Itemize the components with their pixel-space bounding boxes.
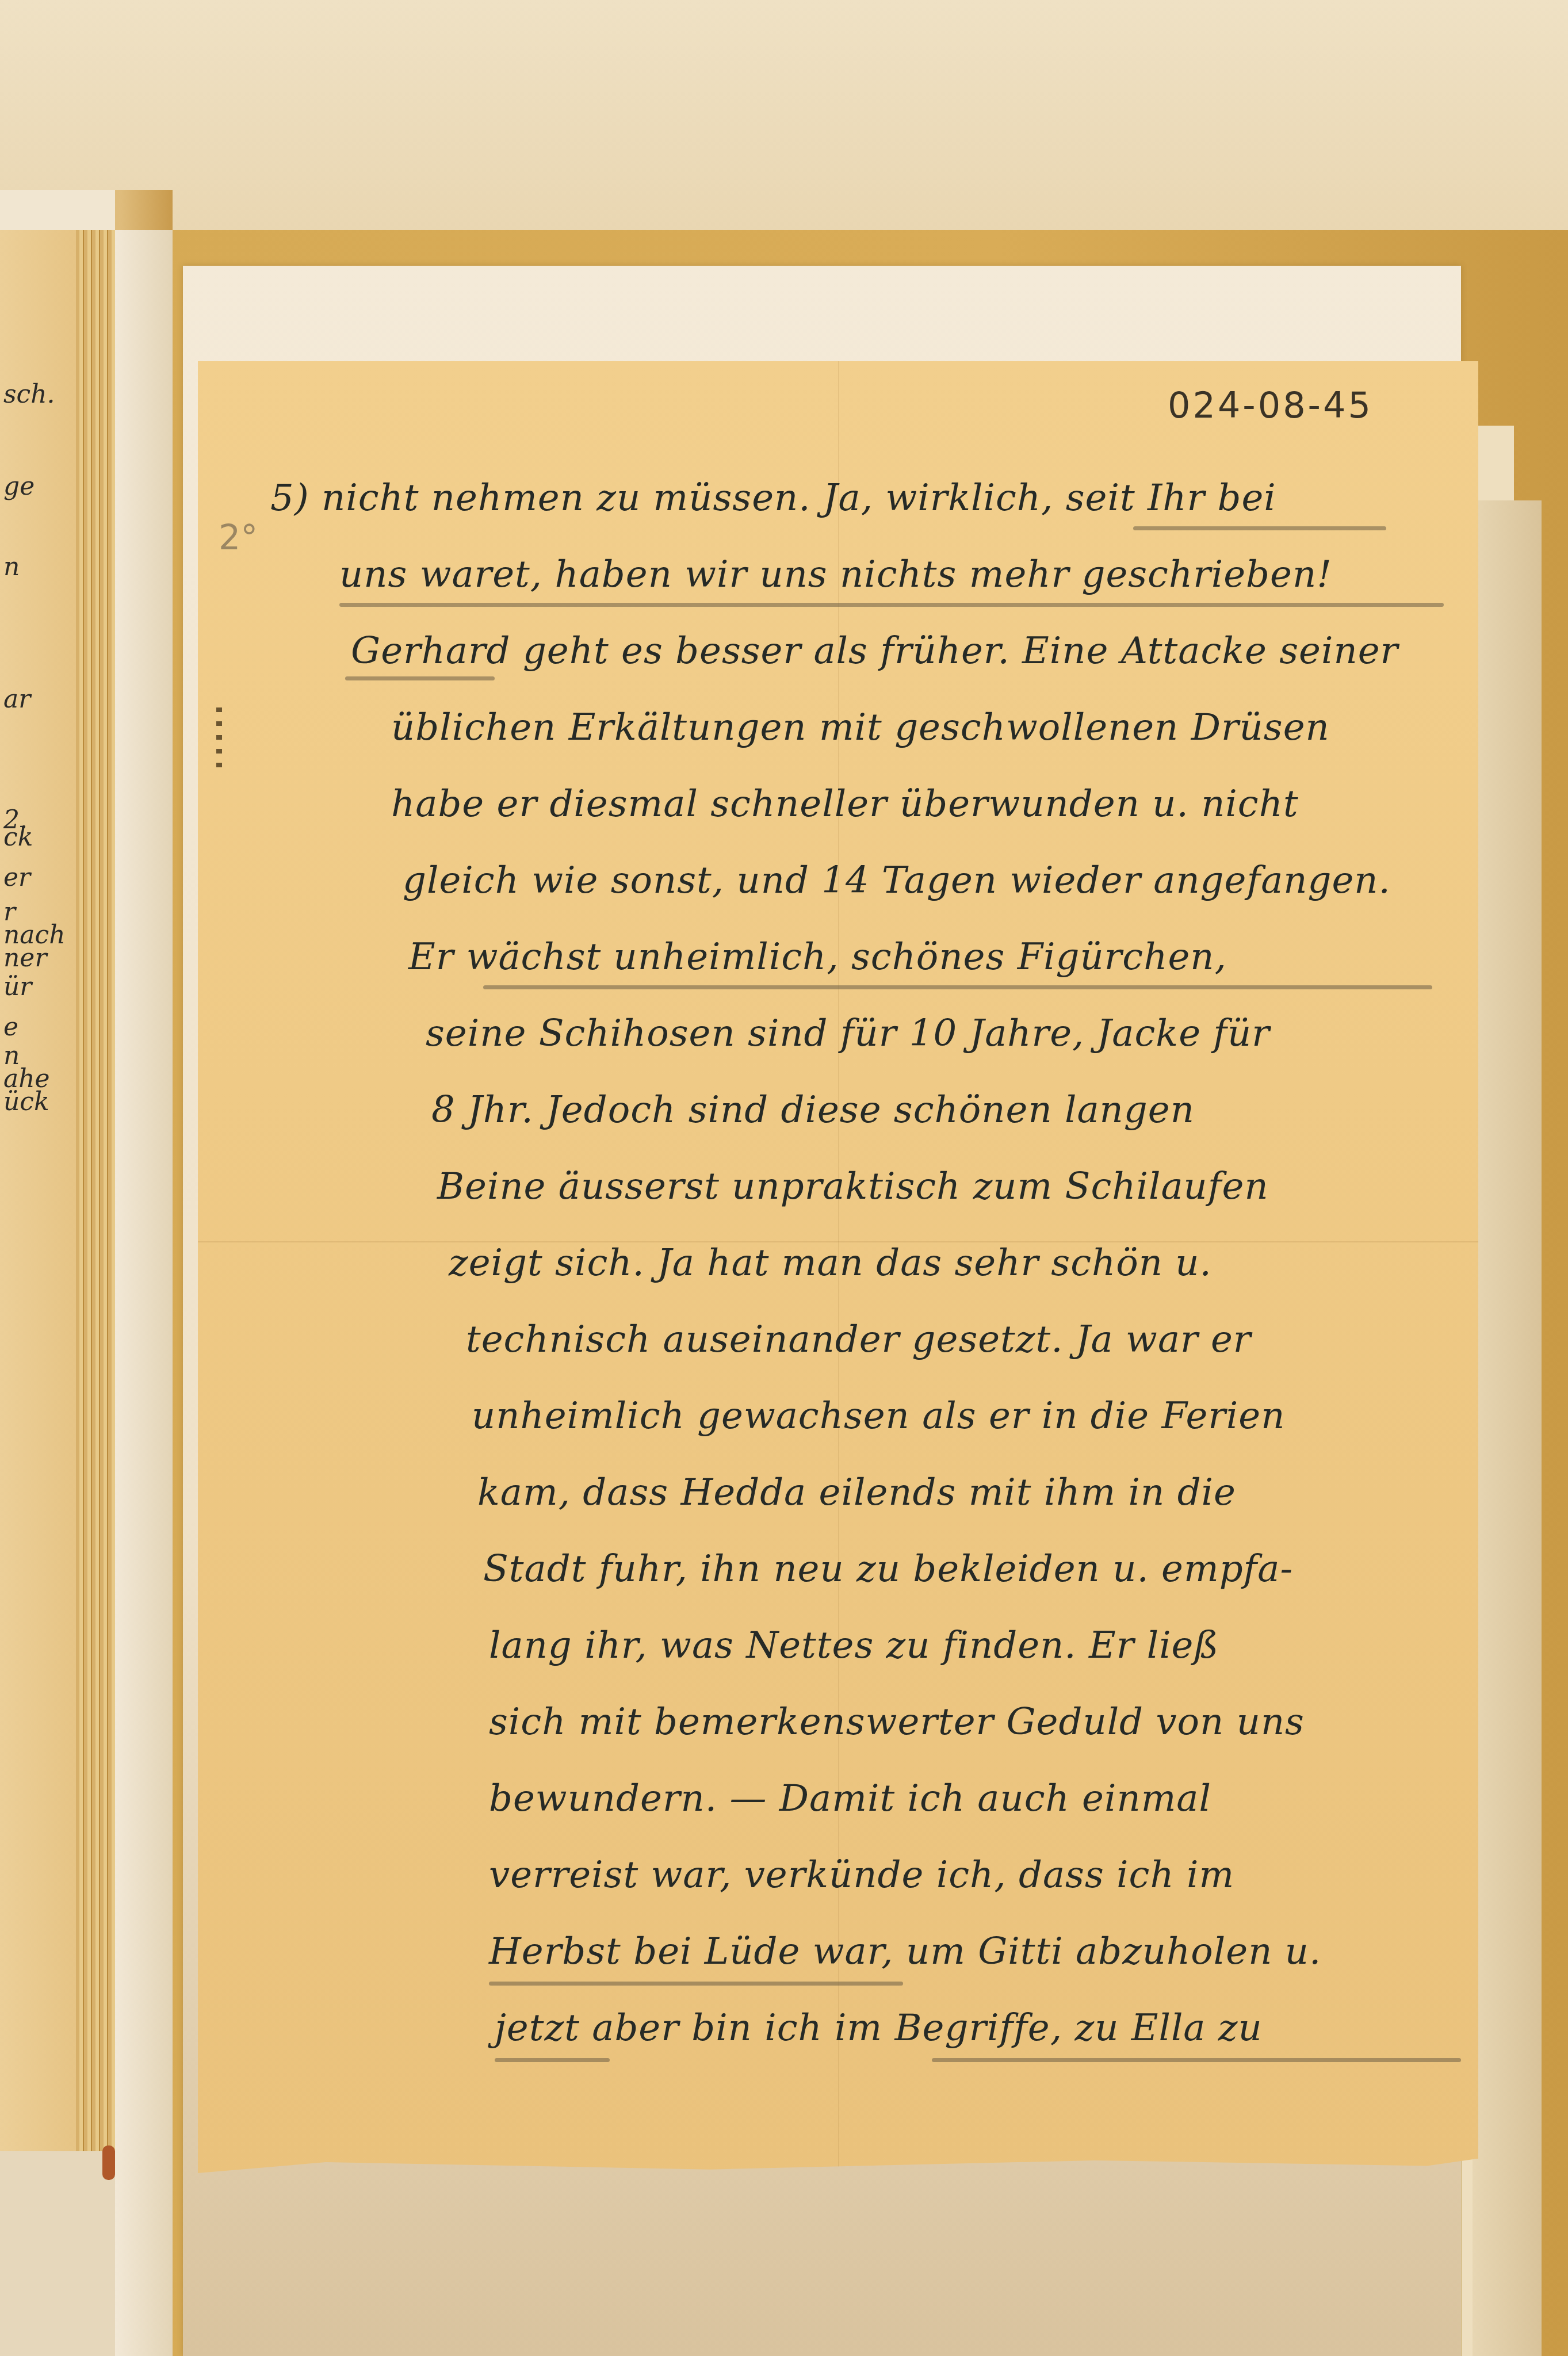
pencil-margin-mark: 2° [219, 518, 258, 558]
left-text-fragment: ck [3, 823, 33, 852]
line-text: verreist war, verkünde ich, dass ich im [489, 1854, 1234, 1896]
line-text: habe er diesmal schneller überwunden u. … [391, 783, 1299, 825]
line-text: Herbst bei Lüde war, um Gitti abzuholen … [489, 1930, 1321, 1973]
tabletop-background [0, 0, 1568, 242]
pencil-underline [483, 985, 1432, 989]
left-text-fragment: er [3, 863, 30, 892]
line-text: technisch auseinander gesetzt. Ja war er [466, 1318, 1251, 1361]
wax-mark [102, 2145, 115, 2180]
letter-line: Herbst bei Lüde war, um Gitti abzuholen … [270, 1914, 1455, 1990]
letter-line: unheimlich gewachsen als er in die Ferie… [270, 1378, 1455, 1455]
left-text-fragment: sch. [3, 380, 55, 409]
pencil-underline [932, 2058, 1461, 2062]
pencil-underline [489, 1982, 903, 1986]
line-text: Beine äusserst unpraktisch zum Schilaufe… [437, 1165, 1269, 1208]
line-text: gleich wie sonst, und 14 Tagen wieder an… [403, 859, 1391, 902]
line-text: kam, dass Hedda eilends mit ihm in die [477, 1471, 1236, 1514]
line-text: sich mit bemerkenswerter Geduld von uns [489, 1701, 1305, 1743]
letter-line: kam, dass Hedda eilends mit ihm in die [270, 1455, 1455, 1531]
line-text: Er wächst unheimlich, schönes Figürchen, [408, 936, 1227, 978]
line-text: Gerhard geht es besser als früher. Eine … [351, 630, 1398, 672]
left-text-fragment: ge [3, 472, 35, 501]
letter-line: bewundern. — Damit ich auch einmal [270, 1761, 1455, 1837]
pencil-underline [1133, 526, 1386, 530]
line-text: üblichen Erkältungen mit geschwollenen D… [391, 706, 1330, 749]
letter-line: lang ihr, was Nettes zu finden. Er ließ [270, 1608, 1455, 1684]
letter-line: Stadt fuhr, ihn neu zu bekleiden u. empf… [270, 1531, 1455, 1608]
letter-line: Er wächst unheimlich, schönes Figürchen, [270, 919, 1455, 996]
line-text: zeigt sich. Ja hat man das sehr schön u. [449, 1242, 1212, 1284]
line-text: jetzt aber bin ich im Begriffe, zu Ella … [495, 2007, 1263, 2049]
left-letter-page: sch. ge n ar 2. ck er r nach ner ür e n … [0, 230, 77, 2151]
line-text: uns waret, haben wir uns nichts mehr ges… [339, 553, 1332, 596]
left-text-fragment: ar [3, 684, 30, 714]
letter-line: jetzt aber bin ich im Begriffe, zu Ella … [270, 1990, 1455, 2067]
line-text: Stadt fuhr, ihn neu zu bekleiden u. empf… [483, 1548, 1293, 1590]
letter-line: seine Schihosen sind für 10 Jahre, Jacke… [270, 996, 1455, 1072]
letter-line: Beine äusserst unpraktisch zum Schilaufe… [270, 1149, 1455, 1225]
pencil-underline [495, 2058, 610, 2062]
pencil-underline [339, 603, 1444, 607]
right-slip-tissue [1473, 500, 1542, 2356]
letter-line: habe er diesmal schneller überwunden u. … [270, 766, 1455, 843]
letter-line: zeigt sich. Ja hat man das sehr schön u. [270, 1225, 1455, 1302]
letter-line: uns waret, haben wir uns nichts mehr ges… [270, 537, 1455, 613]
left-backing-sheet [0, 2151, 115, 2356]
left-divider-sheets [115, 230, 173, 2356]
left-text-fragment: ner [3, 943, 47, 973]
line-text: bewundern. — Damit ich auch einmal [489, 1777, 1211, 1820]
left-text-fragment: ür [3, 972, 32, 1001]
line-text: seine Schihosen sind für 10 Jahre, Jacke… [426, 1012, 1270, 1055]
left-page-edges [76, 230, 116, 2151]
letter-text: 5) nicht nehmen zu müssen. Ja, wirklich,… [270, 460, 1455, 2067]
left-text-fragment: ück [3, 1087, 49, 1116]
pencil-underline [345, 676, 495, 680]
margin-dots [216, 707, 222, 777]
line-text: 8 Jhr. Jedoch sind diese schönen langen [431, 1089, 1195, 1131]
letter-line: sich mit bemerkenswerter Geduld von uns [270, 1684, 1455, 1761]
letter-line: 5) nicht nehmen zu müssen. Ja, wirklich,… [270, 460, 1455, 537]
archive-number: 024-08-45 [1168, 384, 1373, 426]
letter-line: technisch auseinander gesetzt. Ja war er [270, 1302, 1455, 1378]
left-text-fragment: n [3, 552, 20, 582]
left-text-fragment: e [3, 1012, 18, 1042]
letter-line: verreist war, verkünde ich, dass ich im [270, 1837, 1455, 1914]
line-text: lang ihr, was Nettes zu finden. Er ließ [489, 1624, 1219, 1667]
line-text: unheimlich gewachsen als er in die Ferie… [472, 1395, 1285, 1437]
letter-line: 8 Jhr. Jedoch sind diese schönen langen [270, 1072, 1455, 1149]
letter-line: üblichen Erkältungen mit geschwollenen D… [270, 690, 1455, 766]
line-text: 5) nicht nehmen zu müssen. Ja, wirklich,… [270, 477, 1276, 519]
letter-line: Gerhard geht es besser als früher. Eine … [270, 613, 1455, 690]
letter-line: gleich wie sonst, und 14 Tagen wieder an… [270, 843, 1455, 919]
